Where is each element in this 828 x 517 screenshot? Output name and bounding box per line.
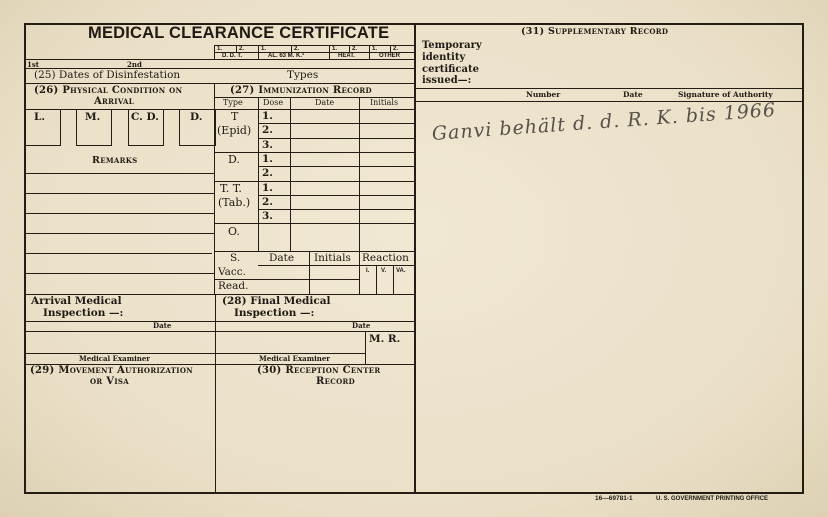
imm-type-tt-sub: (Tab.) bbox=[218, 197, 250, 208]
grid-line bbox=[291, 45, 292, 52]
box-m-label: M. bbox=[85, 112, 100, 123]
smallpox-vacc-label: Vacc. bbox=[218, 267, 246, 278]
condition-box-m[interactable]: M. bbox=[76, 109, 112, 146]
supp-number-header: Number bbox=[526, 91, 560, 99]
dose-label: 2. bbox=[262, 168, 273, 179]
supp-signature-header: Signature of Authority bbox=[678, 91, 773, 99]
other-2-label: 2. bbox=[393, 46, 398, 52]
grid-line bbox=[369, 45, 370, 59]
dose-label: 2. bbox=[262, 197, 273, 208]
imm-header-initials: Initials bbox=[370, 99, 398, 107]
imm-type-t-epid-sub: (Epid) bbox=[217, 125, 251, 136]
type-al63mk: AL. 63 M. K.³ bbox=[268, 53, 304, 59]
dose-label: 1. bbox=[262, 183, 273, 194]
final-examiner-label: Medical Examiner bbox=[259, 355, 330, 362]
remarks-line bbox=[24, 273, 214, 274]
remarks-line bbox=[24, 233, 214, 234]
mr-label: M. R. bbox=[369, 334, 400, 345]
smallpox-read-label: Read. bbox=[218, 281, 248, 292]
remarks-line bbox=[24, 253, 212, 254]
printer-imprint: U. S. GOVERNMENT PRINTING OFFICE bbox=[656, 496, 768, 502]
grid-line bbox=[24, 331, 414, 332]
imm-header-type: Type bbox=[223, 99, 243, 107]
grid-line bbox=[290, 97, 291, 251]
al-2-label: 2. bbox=[294, 46, 299, 52]
movement-authorization-label-2: or Visa bbox=[90, 377, 129, 387]
arrival-date-label: Date bbox=[153, 322, 171, 329]
remarks-line bbox=[24, 213, 214, 214]
arrival-inspection-label-2: Inspection —: bbox=[43, 308, 123, 319]
frame-right bbox=[802, 23, 804, 494]
condition-box-l[interactable]: L. bbox=[25, 109, 61, 146]
certificate-title: MEDICAL CLEARANCE CERTIFICATE bbox=[88, 25, 389, 42]
heat-2-label: 2. bbox=[352, 46, 357, 52]
grid-line bbox=[215, 294, 216, 493]
reaction-i: I. bbox=[366, 268, 369, 274]
smallpox-date-header: Date bbox=[269, 253, 294, 264]
grid-line bbox=[236, 45, 237, 52]
condition-box-cd[interactable]: C. D. bbox=[128, 109, 164, 146]
arrival-examiner-label: Medical Examiner bbox=[79, 355, 150, 362]
supp-date-header: Date bbox=[623, 91, 643, 99]
grid-line bbox=[359, 251, 360, 295]
imm-header-date: Date bbox=[315, 99, 334, 107]
box-l-label: L. bbox=[34, 112, 45, 123]
imm-header-dose: Dose bbox=[263, 99, 283, 107]
smallpox-s-label: S. bbox=[230, 253, 240, 264]
grid-line bbox=[309, 251, 310, 295]
physical-condition-label-2: Arrival bbox=[94, 97, 134, 107]
disinfestation-section-label: (25) Dates of Disinfestation bbox=[34, 70, 180, 81]
grid-line bbox=[258, 138, 414, 139]
movement-authorization-label: (29) Movement Authorization bbox=[30, 366, 193, 376]
box-d-label: D. bbox=[190, 112, 202, 123]
reaction-va: VA. bbox=[396, 268, 406, 274]
physical-condition-label: (26) Physical Condition on bbox=[34, 86, 182, 96]
types-label: Types bbox=[287, 70, 318, 81]
remarks-label: Remarks bbox=[92, 156, 137, 166]
grid-line bbox=[258, 166, 414, 167]
reception-center-label: (30) Reception Center bbox=[257, 366, 381, 376]
dose-label: 1. bbox=[262, 111, 273, 122]
dose-label: 2. bbox=[262, 125, 273, 136]
al-1-label: 1. bbox=[261, 46, 266, 52]
imm-type-d: D. bbox=[228, 154, 240, 165]
immunization-label: (27) Immunization Record bbox=[230, 86, 372, 96]
handwritten-note: Ganvi behält d. d. R. K. bis 1966 bbox=[431, 101, 776, 144]
grid-line bbox=[258, 45, 259, 59]
grid-line bbox=[214, 45, 215, 59]
grid-line bbox=[214, 109, 414, 110]
medical-clearance-certificate: MEDICAL CLEARANCE CERTIFICATE 1. 2. 1. 2… bbox=[0, 0, 828, 517]
grid-line bbox=[390, 45, 391, 52]
supplementary-record-label: (31) Supplementary Record bbox=[521, 27, 668, 37]
main-divider bbox=[414, 23, 416, 494]
grid-line bbox=[214, 152, 414, 153]
ddt-1-label: 1. bbox=[217, 46, 222, 52]
temp-id-label: certificate bbox=[422, 65, 479, 75]
form-number: 16—69781-1 bbox=[595, 496, 633, 503]
final-date-label: Date bbox=[352, 322, 370, 329]
imm-type-t-epid: T bbox=[231, 111, 238, 122]
grid-line bbox=[258, 195, 414, 196]
type-other: OTHER bbox=[379, 53, 400, 59]
grid-line bbox=[258, 209, 414, 210]
grid-line bbox=[214, 181, 414, 182]
second-date-label: 2nd bbox=[127, 61, 142, 68]
final-inspection-label-2: Inspection —: bbox=[234, 308, 314, 319]
condition-box-d[interactable]: D. bbox=[179, 109, 216, 146]
reaction-v: V. bbox=[381, 268, 386, 274]
remarks-line bbox=[24, 173, 214, 174]
grid-line bbox=[359, 97, 360, 251]
type-ddt: D. D. T. bbox=[222, 53, 242, 59]
temp-id-label: issued—: bbox=[422, 76, 471, 86]
smallpox-initials-header: Initials bbox=[314, 253, 351, 264]
temp-id-label: Temporary bbox=[422, 41, 482, 51]
imm-type-tt: T. T. bbox=[220, 183, 242, 194]
frame-left bbox=[24, 23, 26, 494]
grid-line bbox=[258, 97, 259, 251]
heat-1-label: 1. bbox=[332, 46, 337, 52]
type-heat: HEAT. bbox=[338, 53, 355, 59]
smallpox-reaction-header: Reaction bbox=[362, 253, 409, 264]
grid-line bbox=[376, 265, 377, 295]
reception-center-label-2: Record bbox=[316, 377, 355, 387]
remarks-line bbox=[24, 193, 214, 194]
imm-type-o: O. bbox=[228, 226, 240, 237]
arrival-inspection-label: Arrival Medical bbox=[31, 296, 122, 307]
dose-label: 1. bbox=[262, 154, 273, 165]
other-1-label: 1. bbox=[372, 46, 377, 52]
grid-line bbox=[214, 83, 215, 295]
grid-line bbox=[365, 331, 366, 364]
dose-label: 3. bbox=[262, 140, 273, 151]
dose-label: 3. bbox=[262, 211, 273, 222]
ddt-2-label: 2. bbox=[239, 46, 244, 52]
temp-id-label: identity bbox=[422, 53, 465, 63]
grid-line bbox=[24, 59, 414, 60]
first-date-label: 1st bbox=[27, 61, 39, 68]
grid-line bbox=[258, 265, 414, 266]
grid-line bbox=[214, 223, 414, 224]
box-cd-label: C. D. bbox=[131, 112, 159, 123]
grid-line bbox=[329, 45, 330, 59]
grid-line bbox=[349, 45, 350, 52]
grid-line bbox=[258, 123, 414, 124]
grid-line bbox=[393, 265, 394, 295]
final-inspection-label: (28) Final Medical bbox=[222, 296, 331, 307]
